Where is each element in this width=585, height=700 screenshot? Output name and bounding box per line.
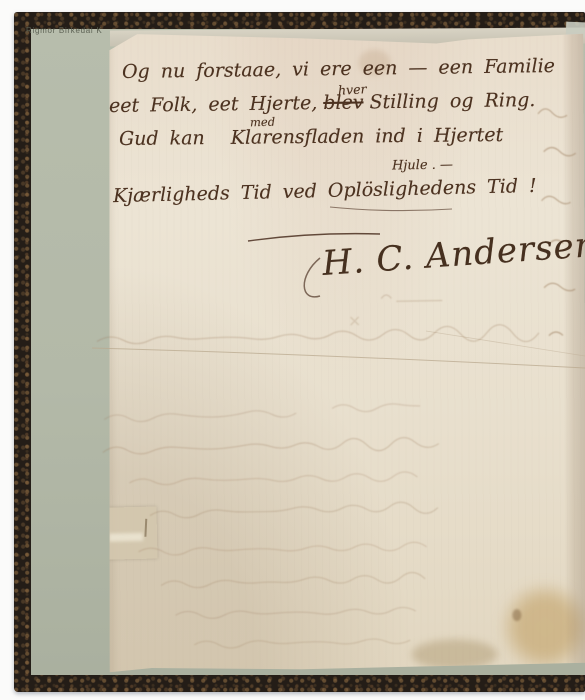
line-2-text: eet Folk, eet Hjerte, [109,92,318,117]
handwriting-line-3: Gud kanKlarensfladen ind i Hjertet [119,124,503,150]
tape-patch [102,507,157,560]
stain-bottom-right [497,581,585,673]
ownership-stamp: Rigmor Birkedal K [26,26,102,35]
inserted-word-line-4: Hjule . — [392,157,453,173]
inserted-word-line-2: hver [338,81,367,97]
line-3-text: Gud kan [119,127,205,150]
photograph-of-open-album: Rigmor Birkedal K [0,0,585,700]
inserted-word-line-3: med [250,115,276,130]
line-2-text-end: Stilling og Ring. [369,89,535,113]
ink-speck [512,609,521,621]
